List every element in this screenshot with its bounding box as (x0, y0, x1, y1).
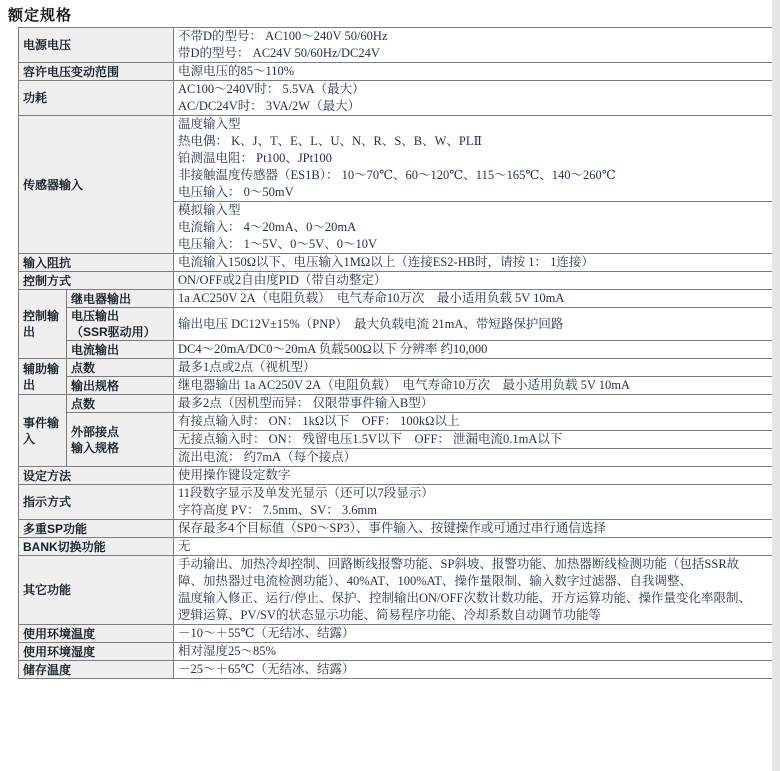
setting-method-value: 使用操作键设定数字 (174, 467, 773, 485)
ambient-temperature-label: 使用环境温度 (19, 625, 174, 643)
sensor-input-label: 传感器输入 (19, 116, 174, 254)
row-sensor-input-temperature: 传感器输入 温度输入型 热电偶： K、J、T、E、L、U、N、R、S、B、W、P… (19, 116, 773, 202)
control-output-label: 控制输出 (19, 290, 67, 359)
power-consumption-value: AC100～240V时： 5.5VA（最大） AC/DC24V时： 3VA/2W… (174, 81, 773, 116)
sensor-input-analog-value: 模拟输入型 电流输入： 4～20mA、0～20mA 电压输入： 1～5V、0～5… (174, 202, 773, 254)
input-impedance-value: 电流输入150Ω以下、电压输入1MΩ以上（连接ES2-HB时，请按 1： 1连接… (174, 254, 773, 272)
power-supply-value: 不带D的型号： AC100～240V 50/60Hz 带D的型号： AC24V … (174, 28, 773, 63)
row-auxiliary-output-points: 辅助输出 点数 最多1点或2点（视机型） (19, 359, 773, 377)
power-consumption-label: 功耗 (19, 81, 174, 116)
row-setting-method: 设定方法 使用操作键设定数字 (19, 467, 773, 485)
bank-switch-value: 无 (174, 538, 773, 556)
voltage-range-value: 电源电压的85～110% (174, 63, 773, 81)
auxiliary-output-spec-label: 输出规格 (67, 377, 174, 395)
event-input-points-label: 点数 (67, 395, 174, 413)
row-indication: 指示方式 11段数字显示及单发光显示（还可以7段显示） 字符高度 PV： 7.5… (19, 485, 773, 520)
row-event-input-points: 事件输入 点数 最多2点（因机型而异： 仅限带事件输入B型） (19, 395, 773, 413)
ambient-humidity-value: 相对湿度25～85% (174, 643, 773, 661)
control-output-voltage-value: 输出电压 DC12V±15%（PNP） 最大负载电流 21mA、带短路保护回路 (174, 308, 773, 341)
row-input-impedance: 输入阻抗 电流输入150Ω以下、电压输入1MΩ以上（连接ES2-HB时，请按 1… (19, 254, 773, 272)
control-output-voltage-label: 电压输出 （SSR驱动用） (67, 308, 174, 341)
setting-method-label: 设定方法 (19, 467, 174, 485)
control-output-current-label: 电流输出 (67, 341, 174, 359)
indication-label: 指示方式 (19, 485, 174, 520)
storage-temperature-value: －25～＋65℃（无结冰、结露） (174, 661, 773, 679)
row-control-output-relay: 控制输出 继电器输出 1a AC250V 2A（电阻负载） 电气寿命10万次 最… (19, 290, 773, 308)
event-input-with-contact-value: 有接点输入时： ON： 1kΩ以下 OFF： 100kΩ以上 (174, 413, 773, 431)
voltage-range-label: 容许电压变动范围 (19, 63, 174, 81)
row-power-consumption: 功耗 AC100～240V时： 5.5VA（最大） AC/DC24V时： 3VA… (19, 81, 773, 116)
row-event-input-with-contact: 外部接点 输入规格 有接点输入时： ON： 1kΩ以下 OFF： 100kΩ以上 (19, 413, 773, 431)
row-voltage-range: 容许电压变动范围 电源电压的85～110% (19, 63, 773, 81)
other-functions-value: 手动输出、加热冷却控制、回路断线报警功能、SP斜坡、报警功能、加热器断线检测功能… (174, 556, 773, 625)
auxiliary-output-points-value: 最多1点或2点（视机型） (174, 359, 773, 377)
storage-temperature-label: 储存温度 (19, 661, 174, 679)
page-edge-strip (772, 0, 780, 771)
spec-page: 额定规格 电源电压 不带D的型号： AC100～240V 50/60Hz 带D的… (0, 0, 780, 771)
row-control-output-current: 电流输出 DC4～20mA/DC0～20mA 负载500Ω以下 分辨率 约10,… (19, 341, 773, 359)
multi-sp-value: 保存最多4个目标值（SP0～SP3）、事件输入、按键操作或可通过串行通信选择 (174, 520, 773, 538)
input-impedance-label: 输入阻抗 (19, 254, 174, 272)
other-functions-label: 其它功能 (19, 556, 174, 625)
control-method-value: ON/OFF或2自由度PID（带自动整定） (174, 272, 773, 290)
row-other-functions: 其它功能 手动输出、加热冷却控制、回路断线报警功能、SP斜坡、报警功能、加热器断… (19, 556, 773, 625)
row-ambient-humidity: 使用环境湿度 相对湿度25～85% (19, 643, 773, 661)
page-title: 额定规格 (8, 4, 72, 25)
auxiliary-output-label: 辅助输出 (19, 359, 67, 395)
row-auxiliary-output-spec: 输出规格 继电器输出 1a AC250V 2A（电阻负载） 电气寿命10万次 最… (19, 377, 773, 395)
event-input-outflow-value: 流出电流： 约7mA（每个接点） (174, 449, 773, 467)
control-output-current-value: DC4～20mA/DC0～20mA 负载500Ω以下 分辨率 约10,000 (174, 341, 773, 359)
event-input-points-value: 最多2点（因机型而异： 仅限带事件输入B型） (174, 395, 773, 413)
row-multi-sp: 多重SP功能 保存最多4个目标值（SP0～SP3）、事件输入、按键操作或可通过串… (19, 520, 773, 538)
row-control-method: 控制方式 ON/OFF或2自由度PID（带自动整定） (19, 272, 773, 290)
indication-value: 11段数字显示及单发光显示（还可以7段显示） 字符高度 PV： 7.5mm、SV… (174, 485, 773, 520)
row-bank-switch: BANK切换功能 无 (19, 538, 773, 556)
auxiliary-output-spec-value: 继电器输出 1a AC250V 2A（电阻负载） 电气寿命10万次 最小适用负载… (174, 377, 773, 395)
multi-sp-label: 多重SP功能 (19, 520, 174, 538)
ambient-temperature-value: －10～＋55℃（无结冰、结露） (174, 625, 773, 643)
bank-switch-label: BANK切换功能 (19, 538, 174, 556)
control-output-relay-label: 继电器输出 (67, 290, 174, 308)
row-control-output-voltage: 电压输出 （SSR驱动用） 输出电压 DC12V±15%（PNP） 最大负载电流… (19, 308, 773, 341)
ambient-humidity-label: 使用环境湿度 (19, 643, 174, 661)
event-input-without-contact-value: 无接点输入时： ON： 残留电压1.5V以下 OFF： 泄漏电流0.1mA以下 (174, 431, 773, 449)
control-method-label: 控制方式 (19, 272, 174, 290)
event-input-label: 事件输入 (19, 395, 67, 467)
event-input-contact-label: 外部接点 输入规格 (67, 413, 174, 467)
sensor-input-temperature-value: 温度输入型 热电偶： K、J、T、E、L、U、N、R、S、B、W、PLⅡ 铂测温… (174, 116, 773, 202)
row-power-supply: 电源电压 不带D的型号： AC100～240V 50/60Hz 带D的型号： A… (19, 28, 773, 63)
row-ambient-temperature: 使用环境温度 －10～＋55℃（无结冰、结露） (19, 625, 773, 643)
power-supply-label: 电源电压 (19, 28, 174, 63)
row-storage-temperature: 储存温度 －25～＋65℃（无结冰、结露） (19, 661, 773, 679)
control-output-relay-value: 1a AC250V 2A（电阻负载） 电气寿命10万次 最小适用负载 5V 10… (174, 290, 773, 308)
spec-table: 电源电压 不带D的型号： AC100～240V 50/60Hz 带D的型号： A… (18, 27, 773, 679)
auxiliary-output-points-label: 点数 (67, 359, 174, 377)
